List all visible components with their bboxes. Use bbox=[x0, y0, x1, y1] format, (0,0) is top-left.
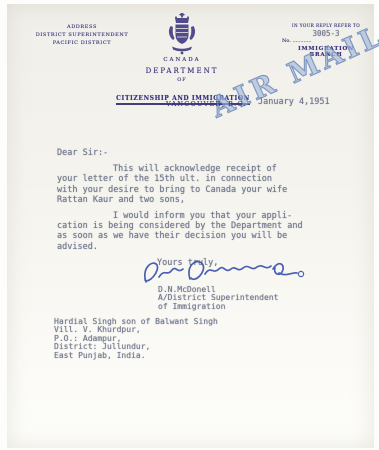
letterhead-country: CANADA bbox=[152, 57, 212, 63]
body-line: as soon as we have their decision you wi… bbox=[57, 231, 319, 241]
body-line: advised. bbox=[57, 242, 319, 252]
body-line: Rattan Kaur and two sons, bbox=[57, 195, 319, 205]
sender-address-block: ADDRESS DISTRICT SUPERINTENDENT PACIFIC … bbox=[28, 23, 136, 47]
typed-signature-block: D.N.McDonell A/District Superintendent o… bbox=[158, 286, 328, 311]
body-line: This will acknowledge receipt of bbox=[57, 164, 319, 174]
paragraph-1: This will acknowledge receipt of your le… bbox=[57, 164, 319, 205]
sender-address-line1: DISTRICT SUPERINTENDENT bbox=[28, 31, 136, 39]
letterhead-city: - VANCOUVER, B.C. bbox=[148, 100, 258, 108]
body-line: cation is being considered by the Depart… bbox=[57, 221, 319, 231]
letterhead-department: DEPARTMENT bbox=[142, 67, 222, 75]
body-line: with your desire to bring to Canada your… bbox=[57, 185, 319, 195]
recipient-line: East Punjab, India. bbox=[54, 352, 274, 360]
scanned-letter: ADDRESS DISTRICT SUPERINTENDENT PACIFIC … bbox=[0, 0, 379, 450]
letterhead-of: OF bbox=[142, 77, 222, 83]
body-line: your letter of the 15th ult. in connecti… bbox=[57, 174, 319, 184]
body-line: I would inform you that your appli- bbox=[57, 211, 319, 221]
sender-address-label: ADDRESS bbox=[28, 23, 136, 31]
salutation: Dear Sir:- bbox=[57, 148, 319, 158]
sender-address-line2: PACIFIC DISTRICT bbox=[28, 39, 136, 47]
signer-title-line2: of Immigration bbox=[158, 303, 328, 311]
letter-date: January 4,1951 bbox=[258, 97, 330, 107]
letter-body: Dear Sir:- This will acknowledge receipt… bbox=[57, 148, 319, 268]
recipient-address-block: Hardial Singh son of Balwant Singh Vill.… bbox=[54, 318, 274, 360]
canada-coat-of-arms-icon bbox=[166, 13, 198, 57]
paragraph-2: I would inform you that your appli- cati… bbox=[57, 211, 319, 252]
